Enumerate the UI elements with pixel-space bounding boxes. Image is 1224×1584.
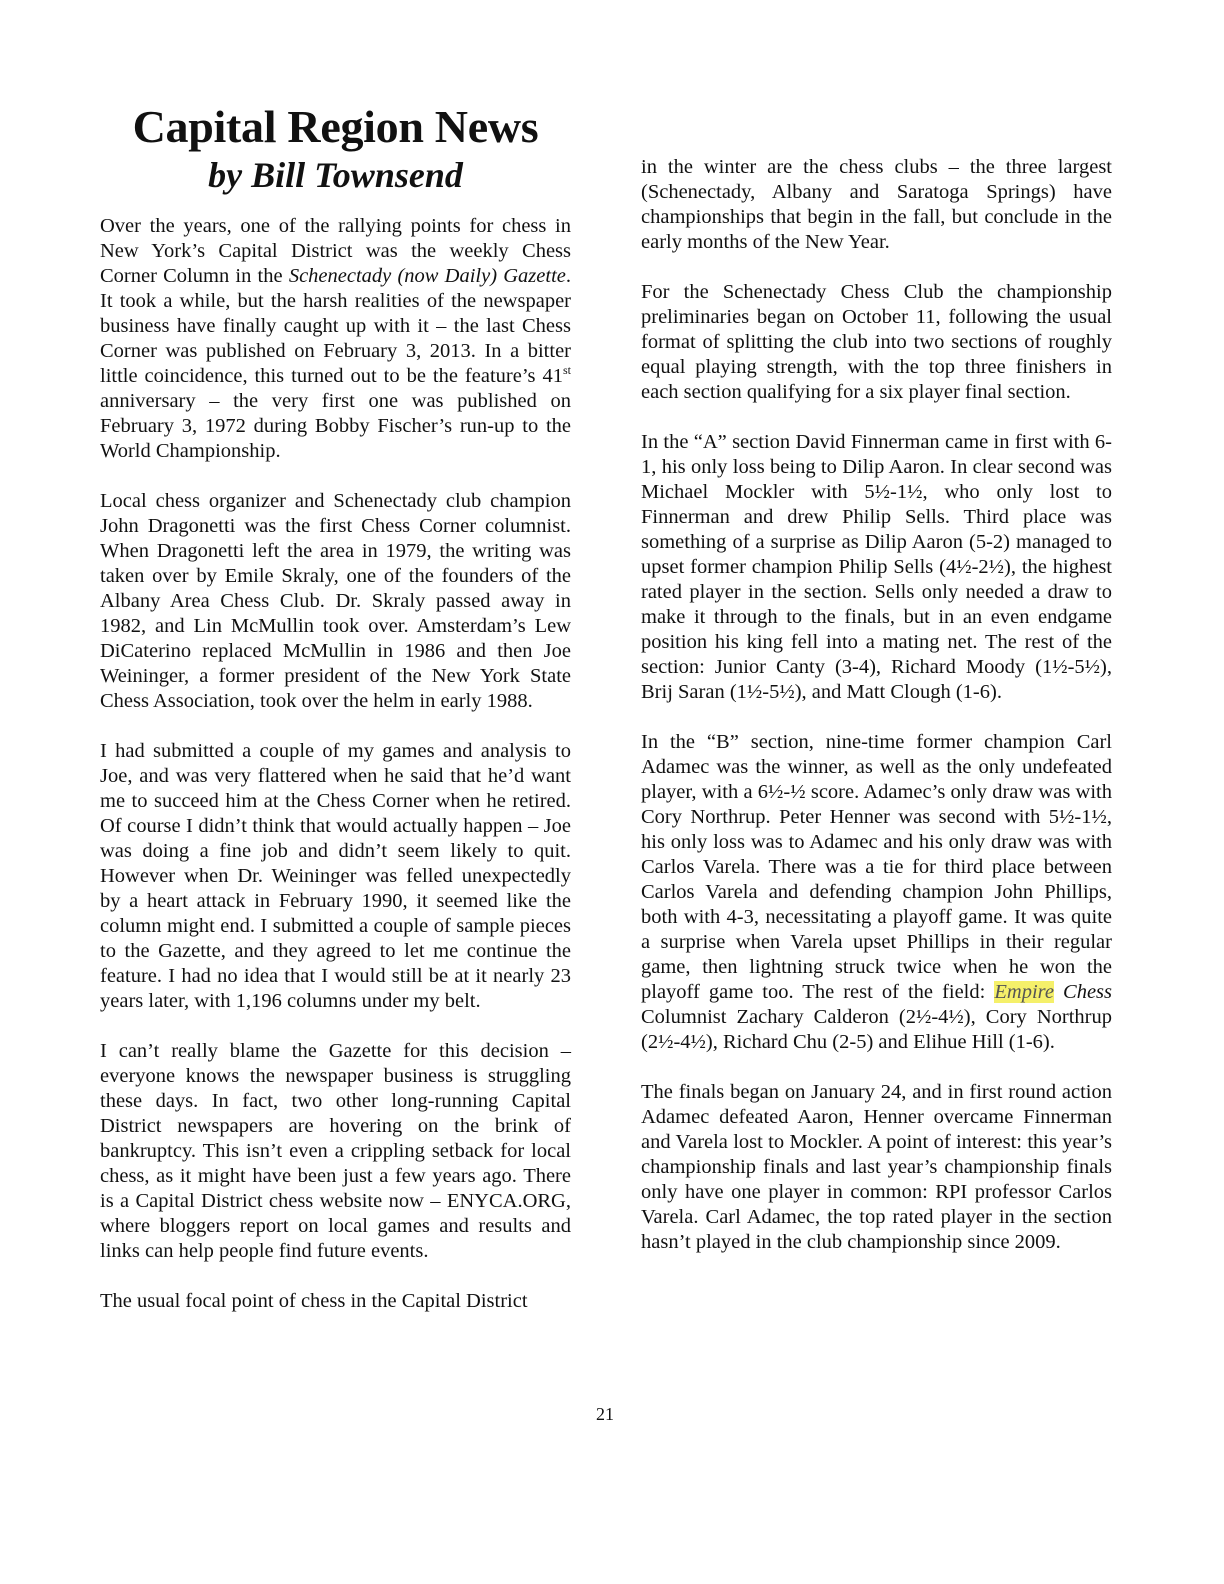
left-column: Capital Region News by Bill Townsend Ove… bbox=[100, 100, 571, 1314]
highlighted-text: Empire bbox=[994, 981, 1054, 1003]
magazine-name: Chess bbox=[1063, 981, 1112, 1003]
paragraph-focal-point-start: The usual focal point of chess in the Ca… bbox=[100, 1289, 571, 1314]
paragraph-finals: The finals began on January 24, and in f… bbox=[641, 1080, 1112, 1255]
article-header: Capital Region News by Bill Townsend bbox=[100, 100, 571, 196]
paragraph-focal-point-continued: in the winter are the chess clubs – the … bbox=[641, 155, 1112, 255]
paragraph-gazette-decision: I can’t really blame the Gazette for thi… bbox=[100, 1039, 571, 1264]
article-byline: by Bill Townsend bbox=[100, 154, 571, 196]
paragraph-section-b: In the “B” section, nine-time former cha… bbox=[641, 730, 1112, 1055]
paragraph-section-a: In the “A” section David Finnerman came … bbox=[641, 430, 1112, 705]
newspaper-name: Schenectady (now Daily) Gazette bbox=[289, 265, 566, 287]
right-column: in the winter are the chess clubs – the … bbox=[641, 155, 1112, 1255]
ordinal-suffix: st bbox=[563, 363, 571, 377]
article-title: Capital Region News bbox=[100, 100, 571, 154]
document-page: Capital Region News by Bill Townsend Ove… bbox=[0, 0, 1224, 1584]
paragraph-preliminaries: For the Schenectady Chess Club the champ… bbox=[641, 280, 1112, 405]
page-number: 21 bbox=[590, 1403, 620, 1425]
paragraph-author-succession: I had submitted a couple of my games and… bbox=[100, 739, 571, 1014]
paragraph-chess-corner-history: Over the years, one of the rallying poin… bbox=[100, 214, 571, 464]
paragraph-columnists: Local chess organizer and Schenectady cl… bbox=[100, 489, 571, 714]
